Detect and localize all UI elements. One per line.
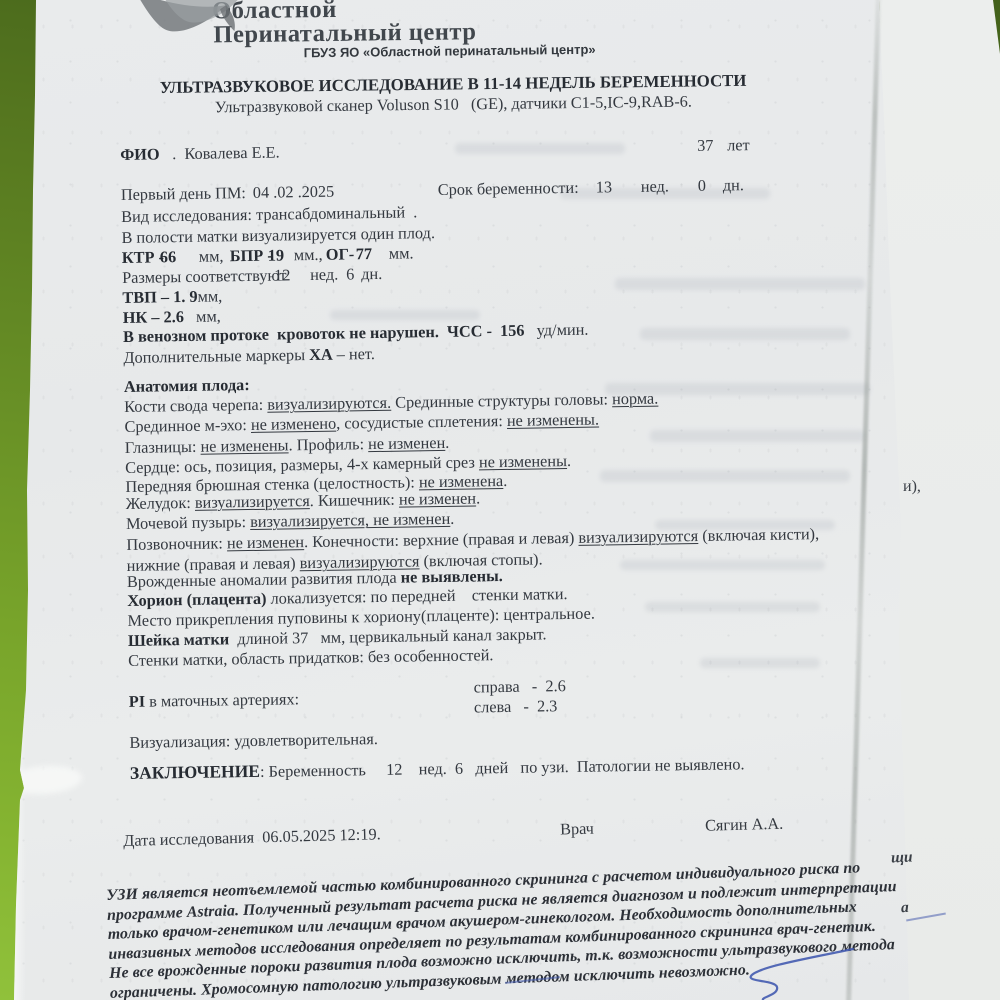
cervix-label: Шейка матки	[128, 629, 230, 650]
ktr-unit: мм,	[199, 246, 224, 266]
size-label: Размеры соответствуют	[122, 265, 287, 287]
bleed-smudge	[620, 560, 825, 570]
tvp-unit: мм,	[197, 286, 222, 305]
markers-pre: Дополнительные маркеры	[123, 345, 309, 367]
spine-value: не изменен	[227, 532, 304, 552]
anomalies-value: не выявлены.	[401, 566, 503, 587]
limbs-post: (включая кисти),	[698, 524, 819, 545]
heart-value: не изменены	[479, 451, 567, 471]
profile-post: .	[445, 433, 449, 452]
size-weeks: 12	[274, 265, 291, 285]
fio-label: ФИО	[120, 144, 160, 164]
bowel-label: . Кишечник:	[310, 490, 399, 510]
bleed-smudge	[650, 430, 865, 442]
bleed-smudge	[455, 143, 625, 154]
tvp-value: ТВП – 1. 9	[122, 287, 197, 307]
mecho-label: Срединное м-эхо:	[124, 415, 251, 436]
pi-label-bold: PI	[129, 692, 146, 711]
head-value: норма.	[612, 389, 659, 409]
doctor-name: Сягин А.А.	[705, 814, 784, 836]
patient-age-unit: лет	[727, 135, 750, 155]
bleed-smudge	[600, 470, 850, 482]
nk-unit: мм,	[184, 306, 221, 326]
line-nk: НК – 2.6 мм,	[123, 306, 221, 327]
spine-label: Позвоночник:	[126, 533, 227, 554]
markers-xa: ХА	[309, 345, 333, 364]
pi-left-value: слева - 2.3	[474, 696, 558, 717]
torn-left-edge	[10, 0, 26, 1000]
fio-value: . Ковалева Е.Е.	[172, 142, 280, 163]
og-value: 77	[356, 244, 373, 264]
bleed-smudge	[330, 310, 480, 320]
venous-unit: уд/мин.	[524, 320, 588, 340]
ga-weeks-unit: нед.	[641, 176, 669, 196]
size-days: 6	[346, 264, 354, 284]
conclusion-label: ЗАКЛЮЧЕНИЕ	[130, 761, 260, 783]
orbits-value: не изменены	[200, 435, 288, 455]
anatomy-heading: Анатомия плода:	[124, 375, 250, 397]
behind-sheet-fragment: а	[901, 899, 910, 917]
photo-background: Областной Перинатальный центр ГБУЗ ЯО «О…	[0, 0, 1000, 1000]
ktr-label: КТР -	[122, 247, 164, 267]
bpr-value: 19	[268, 245, 285, 265]
bleed-smudge	[645, 602, 820, 612]
line-visualization: Визуализация: удовлетворительная.	[129, 729, 378, 752]
head-label: Срединные структуры головы:	[391, 389, 612, 411]
chorion-label: Хорион (плацента)	[127, 589, 267, 610]
ga-days: 0	[698, 176, 706, 196]
plexus-label: , сосудистые сплетения:	[336, 411, 507, 433]
lmp-label: Первый день ПМ:	[121, 183, 246, 205]
bowel-post: .	[476, 488, 480, 507]
pi-right-value: справа - 2.6	[473, 676, 565, 697]
ktr-value: 66	[160, 247, 177, 267]
patient-age: 37	[697, 136, 714, 156]
bleed-smudge	[700, 658, 820, 668]
size-weeks-unit: нед.	[310, 265, 338, 285]
bladder-value: визуализируется, не изменен	[250, 509, 450, 531]
line-markers: Дополнительные маркеры ХА – нет.	[123, 344, 375, 367]
perinatal-swoosh-icon	[108, 0, 309, 51]
behind-sheet-fragment: и),	[903, 478, 921, 496]
nk-value: НК – 2.6	[123, 307, 184, 327]
signature-icon	[715, 925, 860, 1000]
og-unit: мм.	[389, 243, 414, 263]
bleed-smudge	[615, 278, 865, 290]
profile-value: не изменен	[368, 433, 445, 453]
skull-value: визуализируются.	[267, 393, 391, 414]
line-tvp: ТВП – 1. 9мм,	[122, 286, 222, 307]
bladder-label: Мочевой пузырь:	[126, 512, 250, 533]
ga-days-unit: дн.	[723, 175, 744, 195]
og-label: ОГ-	[326, 244, 355, 264]
pi-label: PI в маточных артериях:	[129, 689, 300, 711]
wall-post: .	[503, 471, 507, 490]
size-days-unit: дн.	[361, 264, 382, 284]
bowel-value: не изменен	[399, 488, 476, 508]
ga-weeks: 13	[596, 177, 613, 197]
pi-label-rest: в маточных артериях:	[145, 689, 299, 710]
paper-crease	[7, 763, 83, 796]
stomach-label: Желудок:	[126, 493, 195, 513]
bpr-unit: мм.,	[294, 245, 323, 265]
plexus-value: не изменены.	[507, 410, 599, 430]
markers-post: – нет.	[332, 344, 374, 364]
limbs-value: визуализируются	[578, 526, 698, 547]
stomach-value: визуализируется	[195, 491, 310, 512]
profile-label: . Профиль:	[288, 434, 368, 454]
behind-sheet-fragment: щи	[891, 848, 913, 867]
lmp-date: 04 .02 .2025	[253, 182, 335, 203]
orbits-label: Глазницы:	[125, 437, 201, 457]
bladder-post: .	[450, 509, 454, 528]
skull-label: Кости свода черепа:	[124, 395, 267, 416]
bpr-label: БПР -	[230, 246, 273, 266]
heart-post: .	[567, 451, 571, 470]
mecho-value: не изменено	[251, 414, 337, 434]
limbs-label: . Конечности: верхние (правая и левая)	[304, 528, 579, 551]
ga-label: Срок беременности:	[438, 178, 579, 200]
bleed-smudge	[640, 328, 850, 340]
doctor-label: Врач	[560, 819, 594, 839]
